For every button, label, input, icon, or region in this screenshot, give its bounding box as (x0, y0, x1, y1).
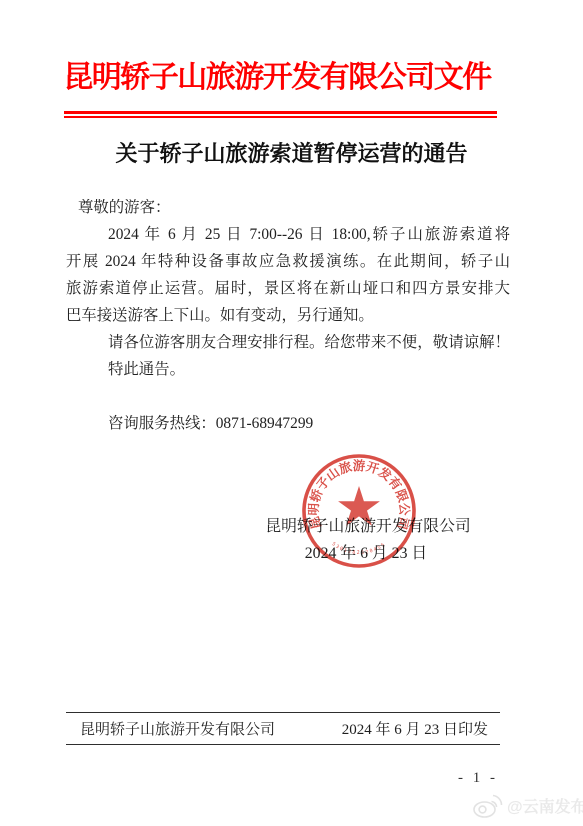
body-line: 开展 2024 年特种设备事故应急救援演练。在此期间，轿子山 (66, 248, 510, 275)
body-line: 尊敬的游客： (66, 194, 510, 221)
divider-thin-line (64, 116, 497, 118)
seal-star (338, 486, 380, 526)
letterhead-divider (64, 111, 497, 118)
document-page: 昆明轿子山旅游开发有限公司文件 关于轿子山旅游索道暂停运营的通告 尊敬的游客：2… (0, 0, 583, 826)
footer-print-date: 2024 年 6 月 23 日印发 (342, 718, 488, 739)
body-line: 请各位游客朋友合理安排行程。给您带来不便，敬请谅解！ (66, 329, 510, 356)
weibo-icon (472, 792, 504, 819)
watermark: @云南发布 (472, 792, 583, 819)
page-number: - 1 - (438, 770, 518, 787)
body-line: 2024 年 6 月 25 日 7:00--26 日 18:00,轿子山旅游索道… (66, 221, 510, 248)
seal-serial-number: 5301282520455 (331, 541, 388, 556)
letterhead-title: 昆明轿子山旅游开发有限公司文件 (55, 52, 499, 96)
footer-bar: 昆明轿子山旅游开发有限公司 2024 年 6 月 23 日印发 (66, 712, 500, 745)
body-line: 巴车接送游客上下山。如有变动，另行通知。 (66, 302, 510, 329)
body-line: 旅游索道停止运营。届时，景区将在新山垭口和四方景安排大 (66, 275, 510, 302)
body-line (66, 383, 510, 410)
document-title: 关于轿子山旅游索道暂停运营的通告 (0, 137, 583, 168)
body-line: 特此通告。 (66, 356, 510, 383)
watermark-text: @云南发布 (507, 794, 583, 817)
divider-thick-line (64, 111, 497, 114)
footer-issuer: 昆明轿子山旅游开发有限公司 (80, 718, 275, 739)
body-text: 尊敬的游客：2024 年 6 月 25 日 7:00--26 日 18:00,轿… (66, 194, 510, 437)
company-seal: 昆明轿子山旅游开发有限公司 5301282520455 (299, 451, 419, 571)
body-line: 咨询服务热线：0871-68947299 (66, 410, 510, 437)
